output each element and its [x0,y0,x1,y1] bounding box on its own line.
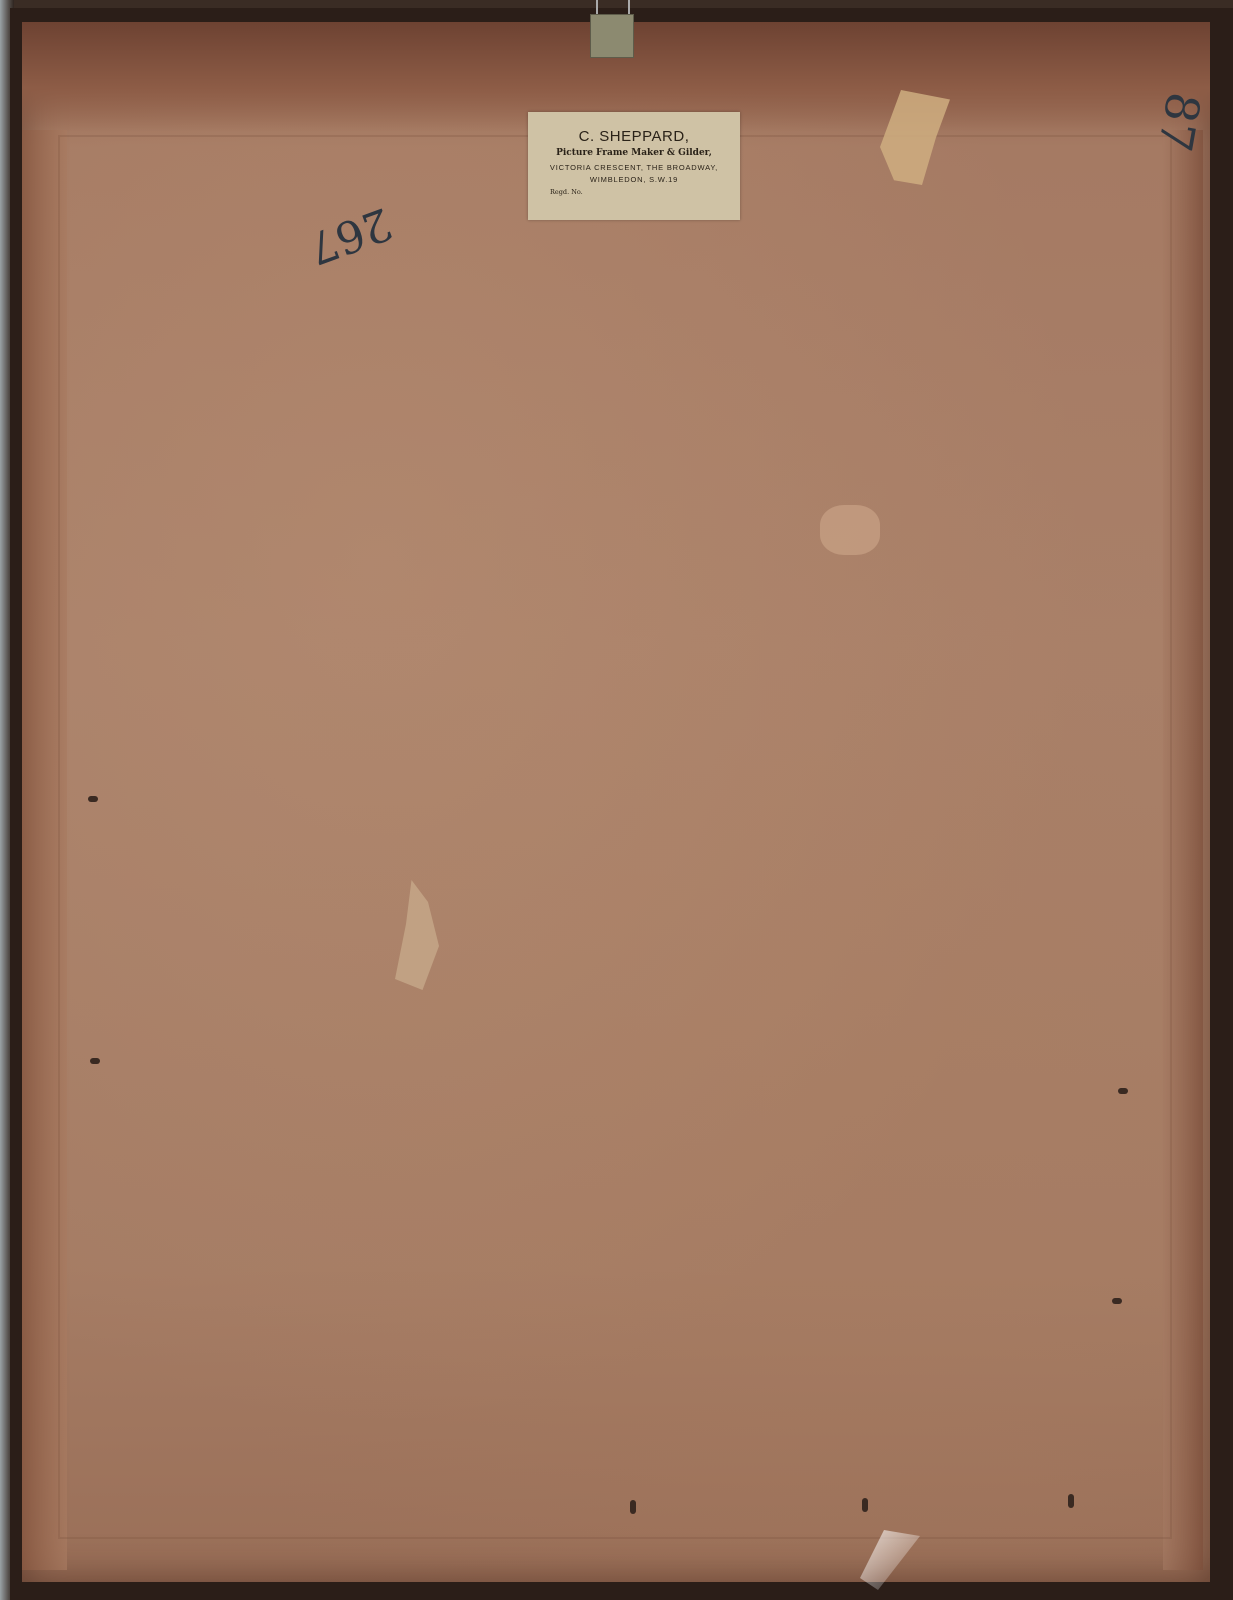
nail-icon [90,1058,100,1064]
framer-address-1: VICTORIA CRESCENT, THE BROADWAY, [528,163,740,172]
nail-icon [862,1498,868,1512]
nail-icon [88,796,98,802]
framer-label: C. SHEPPARD, Picture Frame Maker & Gilde… [528,112,740,220]
framer-name: C. SHEPPARD, [528,128,740,145]
nail-icon [1068,1494,1074,1508]
nail-icon [1118,1088,1128,1094]
framer-regd: Regd. No. [550,188,740,196]
nail-icon [630,1500,636,1514]
hanger-bracket-icon [590,14,634,58]
backing-inner-border [58,135,1172,1539]
framer-trade: Picture Frame Maker & Gilder, [528,148,740,158]
nail-icon [1112,1298,1122,1304]
framer-address-2: WIMBLEDON, S.W.19 [528,175,740,184]
handwritten-number-87: 87 [1148,88,1211,155]
paper-tear-middle-right [820,505,880,555]
